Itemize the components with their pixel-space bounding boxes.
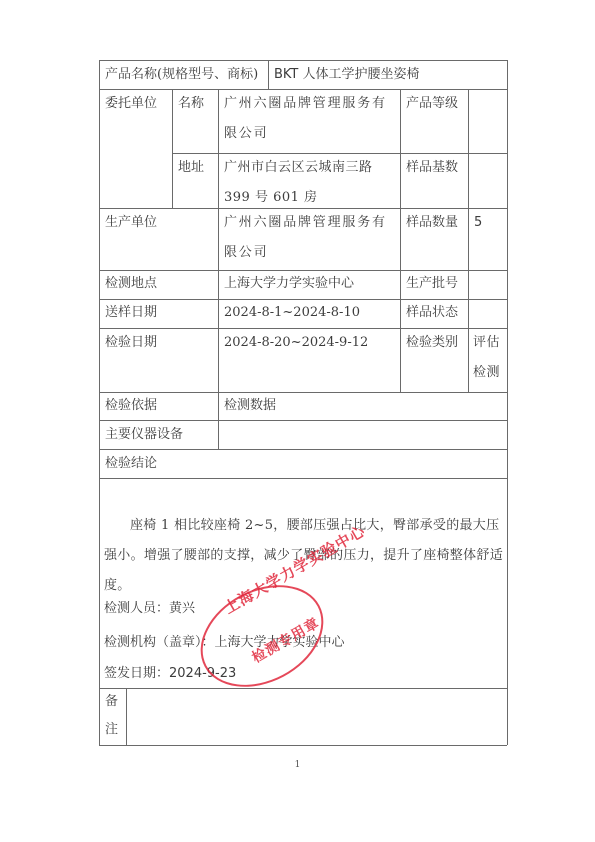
remarks-label-line2: 注	[99, 716, 126, 744]
client-address-label: 地址	[172, 153, 218, 183]
product-grade-label: 产品等级	[400, 89, 468, 119]
inspection-date-label: 检验日期	[99, 328, 218, 358]
table-border-right	[507, 60, 508, 745]
client-address-value: 广州市白云区云城南三路 399 号 601 房	[218, 153, 400, 213]
client-name-value: 广州六圈品牌管理服务有限公司	[218, 89, 400, 149]
inspection-type-value: 评估检测	[468, 328, 507, 388]
client-name-label: 名称	[172, 89, 218, 119]
inspection-basis-value: 检测数据	[218, 392, 507, 420]
test-location-label: 检测地点	[99, 270, 218, 298]
client-label: 委托单位	[99, 89, 172, 119]
inspection-date-value: 2024-8-20~2024-9-12	[218, 328, 400, 358]
manufacturer-value: 广州六圈品牌管理服务有限公司	[218, 208, 400, 268]
delivery-date-value: 2024-8-1~2024-8-10	[218, 299, 400, 327]
inspection-report-page: 产品名称(规格型号、商标) BKT 人体工学护腰坐姿椅 委托单位 名称 广州六圈…	[0, 0, 595, 842]
sample-base-label: 样品基数	[400, 153, 468, 183]
batch-number-label: 生产批号	[400, 270, 468, 298]
main-equipment-label: 主要仪器设备	[99, 420, 218, 449]
inspector-value: 黄兴	[169, 601, 195, 616]
test-location-value: 上海大学力学实验中心	[218, 270, 400, 298]
remarks-label-line1: 备	[99, 688, 126, 716]
inspector-label: 检测人员：	[104, 601, 169, 616]
manufacturer-label: 生产单位	[99, 208, 218, 238]
inspector-line: 检测人员：黄兴	[104, 596, 195, 622]
product-name-value: BKT 人体工学护腰坐姿椅	[268, 60, 507, 90]
conclusion-label: 检验结论	[99, 449, 218, 478]
delivery-date-label: 送样日期	[99, 299, 218, 327]
table-border-bottom	[99, 745, 507, 746]
inspection-basis-label: 检验依据	[99, 392, 218, 420]
page-number: 1	[0, 760, 595, 770]
row-divider	[99, 478, 507, 479]
sample-status-label: 样品状态	[400, 299, 468, 327]
institution-label: 检测机构（盖章）：	[104, 635, 215, 650]
inspection-type-label: 检验类别	[400, 328, 468, 358]
issue-date-label: 签发日期：	[104, 666, 169, 681]
col-divider	[126, 688, 127, 745]
row-divider	[99, 688, 507, 689]
sample-quantity-value: 5	[468, 208, 507, 238]
sample-quantity-label: 样品数量	[400, 208, 468, 238]
product-name-label: 产品名称(规格型号、商标)	[99, 60, 268, 90]
